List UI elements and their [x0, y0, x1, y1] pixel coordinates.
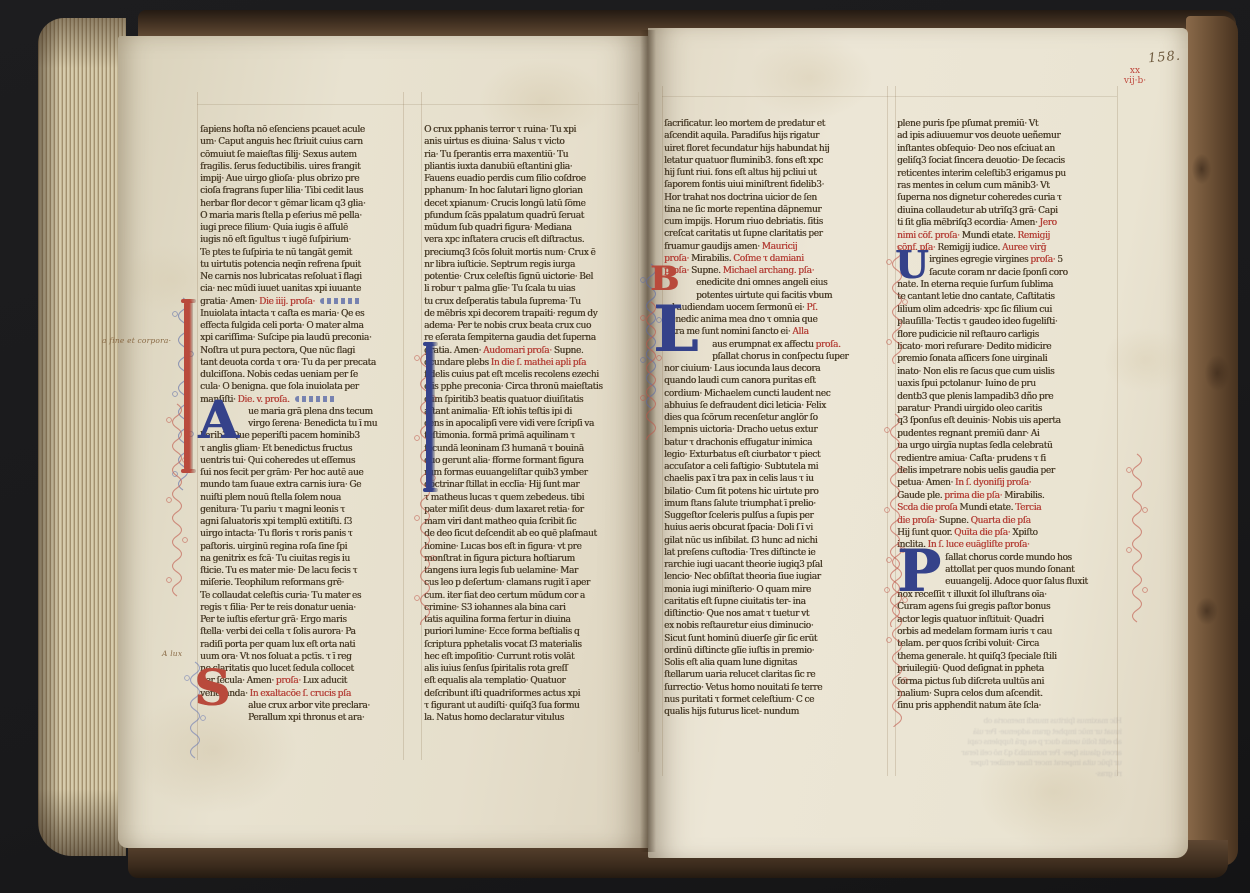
text-line: pfundum ſcās ppalatum quadrū ſeruat: [424, 210, 640, 222]
body-text: agni ſaluatoris xpi templū extitiſti. ſ3: [200, 517, 352, 527]
text-line: ocundare plebs In die ſ. mathei apli pſa: [424, 357, 640, 369]
text-line: ſinu pris apphendit natum āte ſcla·: [897, 700, 1118, 712]
text-line: proſa· Supne. Michael archang. pſa·: [664, 265, 886, 277]
body-text: batur τ drachonis effugatur inimica: [664, 438, 812, 448]
text-line: die proſa· Supne. Quarta die pſa: [897, 515, 1118, 527]
text-line: miſerie. Teophilum reformans grē·: [200, 577, 404, 589]
body-text: elis pphe preconia· Circa thronū maieſta…: [424, 382, 603, 392]
body-text: Hor trahat nos doctrina uicior de ſen: [664, 193, 817, 203]
text-line: redientre amiua· Caſta· prudens τ fi: [897, 453, 1118, 465]
text-line: na genitrix es fcā· Tu ciuitas regis iu: [200, 553, 404, 565]
body-text: inſtantes obſequio· Deo nos eſciuat an: [897, 144, 1055, 154]
body-text: redientre amiua· Caſta· prudens τ fi: [897, 454, 1046, 464]
body-text: diuina collaudetur ab utrīſq3 grā· Capi: [897, 206, 1058, 216]
rubric-text: Die iiij. proſa·: [259, 297, 315, 307]
body-text: huius aeris obcurat ſpacia· Doli ſ ī vi: [664, 523, 813, 533]
body-text: malium· Supra celos dum aſcendit.: [897, 689, 1042, 699]
text-line: de mēbris xpi decorem trapaiti· regum dy: [424, 308, 640, 320]
body-text: ſuperna nos dignetur coheredes curia τ: [897, 193, 1062, 203]
text-line: lencio· Nec obſiſtat theoria ſiue iugiar: [664, 571, 886, 583]
body-text: ſurrectio· Vetus homo nouitati ſe terre: [664, 683, 822, 693]
body-text: cordium· Michaelem cuncti laudent nec: [664, 389, 830, 399]
text-line: caritatis eſt ſupne ciuitatis ter- ina: [664, 596, 886, 608]
text-line: Fauens euadio perdis cum filio coſdroe: [424, 173, 640, 185]
body-text: regis τ filia· Per te reis donatur uenia…: [200, 603, 356, 613]
body-text: tangens iura legis ſub uelamine· Mar: [424, 566, 578, 576]
text-line: paſtoris. uirginū regina roſa ſine ſpi: [200, 541, 404, 553]
text-line: aſtant animalia· Eſt iohīs teſtis ipi di: [424, 406, 640, 418]
rubric-text: proſa·: [276, 676, 301, 686]
text-line: mūdum ſub quadri figura· Mediana: [424, 222, 640, 234]
body-text: cens in apocalipſi vere vidi vere ſcripſ…: [424, 419, 594, 429]
text-line: lilium olim adcedris· xpc ſic filium cui: [897, 304, 1118, 316]
body-text: 5: [1055, 255, 1062, 265]
rubric-text: Quīta die pſa·: [954, 528, 1010, 538]
text-line: monſtrat in figura pictura hoſtiarum: [424, 553, 640, 565]
text-line: regis τ filia· Per te reis donatur uenia…: [200, 602, 404, 614]
body-text: li robur τ palma glīe· Tu ſcala tu uias: [424, 284, 575, 294]
text-line: la. Natus homo declaratur vitulus: [424, 712, 640, 724]
body-text: aus erumpnat ex affectu: [712, 340, 816, 350]
text-line: re eſerata ſempiterna gaudia det ſuperna: [424, 332, 640, 344]
rubric-text: Coſme τ damiani: [733, 254, 804, 264]
text-line: ex nobis reſtauretur eius diminucio·: [664, 620, 886, 632]
body-text: pſallat chorus in conſpectu ſuper: [712, 352, 848, 362]
body-text: ſcriptura pphetalis vocat ſ3 materialis: [424, 640, 582, 650]
text-line: tu crux deſperatis tabula ſuprema· Tu: [424, 296, 640, 308]
text-line: rarchie iugi uacant theorie iugiq3 pſal: [664, 559, 886, 571]
text-line: dulciſſona. Nobis cedas ueniam per ſe: [200, 369, 404, 381]
text-line: monia iugi miniſterio· O quam mire: [664, 584, 886, 596]
body-text: ras mentes in celum cum mānib3· Vt: [897, 181, 1049, 191]
rubric-text: Auree virḡ: [1002, 243, 1046, 253]
text-line: te cantant letie dno cantate, Caſtitatis: [897, 291, 1118, 303]
text-line: huius aeris obcurat ſpacia· Doli ſ ī vi: [664, 522, 886, 534]
text-line: nate. In eterna requie ſurſum ſublima: [897, 279, 1118, 291]
showthrough-line: ur ſpūc uita imperat mcer ſinar emīber ſ…: [900, 758, 1122, 769]
body-text: cōmuiut ſe maieſtas filij· Sexus autem: [200, 150, 357, 160]
text-line: lat preſens cuſtodia· Tres diſtincte ie: [664, 547, 886, 559]
body-text: legio· Exturbatus eſt ciurbator τ piect: [664, 450, 820, 460]
body-text: miſerie. Teophilum reformans grē·: [200, 578, 344, 588]
text-line: vera xpc inſtatera crucis eſt diſtractus…: [424, 234, 640, 246]
body-text: crimine· S3 iohannes ala bina cari: [424, 603, 565, 613]
body-text: ex nobis reſtauretur eius diminucio·: [664, 621, 813, 631]
body-text: cia· nec mūdi iuuet uanitas xpi iuuante: [200, 284, 361, 294]
initial-letter: U: [895, 246, 928, 283]
body-text: ſapiens hoſta nō eſenciens pcauet acule: [200, 125, 365, 135]
text-line: ria· Tu ſperantis erra maxentiū· Tu: [424, 149, 640, 161]
text-line: mundo tam ſuaue extra carnis iura· Ge: [200, 479, 404, 491]
body-text: ſtella· verbi dei cella τ ſolis aurora· …: [200, 627, 355, 637]
rubric-text: Remigij: [1017, 231, 1050, 241]
text-line: ſacute coram nr dacie ſponſi coro: [897, 267, 1118, 279]
body-text: Supne.: [937, 516, 971, 526]
body-text: fragilis. ſerus ſeductibilis. uires fran…: [200, 162, 360, 172]
text-line: cum ſpiritib3 beatis quatuor diuiſitatis: [424, 394, 640, 406]
ruling-line: [197, 104, 638, 105]
body-text: telam. per quos ſcribi voluit· Circa: [897, 639, 1039, 649]
text-line: pudentes regnant premiū danr· Ai: [897, 428, 1118, 440]
body-text: Suggeſtor ſceleris pulſus a ſupis per: [664, 511, 813, 521]
body-text: q3 ſponſus eſt deuinis· Nobis uis aperta: [897, 416, 1060, 426]
illuminated-initial-A: A: [198, 396, 238, 447]
text-line: ras mentes in celum cum mānib3· Vt: [897, 180, 1118, 192]
body-text: lat preſens cuſtodia· Tres diſtincte ie: [664, 548, 815, 558]
text-line: puriori lumine· Ecce forma beſtialis q: [424, 626, 640, 638]
body-text: homine· Lucas bos eſt in figura· vt pre: [424, 542, 581, 552]
manuscript-photo: ſapiens hoſta nō eſenciens pcauet aculeu…: [0, 0, 1250, 893]
text-line: cum. iter fiat deo certum mūdum cor a: [424, 590, 640, 602]
body-text: caritatis eſt ſupne ciuitatis ter- ina: [664, 597, 806, 607]
text-line: ti ſit glīa mēbriſq3 ecordia· Amen· Jero: [897, 217, 1118, 229]
body-text: plene puris ſpe pſumat premiū· Vt: [897, 119, 1038, 129]
text-line: homine· Lucas bos eſt in figura· vt pre: [424, 541, 640, 553]
text-line: duo gerunt alia· fforme formant figura: [424, 455, 640, 467]
text-line: iugis nō eſt ſigultus τ iugē ſuſpirium·: [200, 234, 404, 246]
text-line: reticentes interim celeſtib3 erigamus pu: [897, 168, 1118, 180]
body-text: ſui nos fecit per grām· Per hoc autē aue: [200, 468, 363, 478]
text-line: preciumq3 ſcōs ſoluit mortis num· Crux ē: [424, 247, 640, 259]
text-line: premio ſonata aſſicers ſone uirginali: [897, 353, 1118, 365]
body-text: dies qua ſcōrum recenſetur anglōr ſo: [664, 413, 818, 423]
body-text: uirgo intacta· Tu floris τ roris panis τ: [200, 529, 352, 539]
text-line: Gaude ple. prima die pſa· Mirabilis.: [897, 490, 1118, 502]
text-line: letatur quatuor fluminib3. fons eſt xpc: [664, 155, 886, 167]
text-line: imum ſtans ſalute triumphat ī prelio·: [664, 498, 886, 510]
text-line: li robur τ palma glīe· Tu ſcala tu uias: [424, 283, 640, 295]
body-text: cioſa fragrans ſuper lilia· Tibi cedit l…: [200, 186, 363, 196]
body-text: τ matheus lucas τ quem zebedeus. tibi: [424, 493, 584, 503]
body-text: geliſq3 ſociat ſincera deuotio· De ſecac…: [897, 156, 1065, 166]
text-line: ſuperna nos dignetur coheredes curia τ: [897, 192, 1118, 204]
body-text: preciumq3 ſcōs ſoluit mortis num· Crux ē: [424, 248, 595, 258]
body-text: mundo tam ſuaue extra carnis iura· Ge: [200, 480, 361, 490]
text-line: doctrinar ſtillat in ecclīa· Hij ſunt ma…: [424, 479, 640, 491]
showthrough-line: iuuat ur mūc imphet gram adqenue· Per ui…: [900, 727, 1122, 738]
text-line: tatis aquilina forma fertur in diuina: [424, 614, 640, 626]
body-text: Mirabilis.: [689, 254, 733, 264]
body-text: Fauens euadio perdis cum filio coſdroe: [424, 174, 586, 184]
text-line: cordium· Michaelem cuncti laudent nec: [664, 388, 886, 400]
body-text: pudentes regnant premiū danr· Ai: [897, 429, 1039, 439]
body-text: teſtimonia. formā primā aquilinam τ: [424, 431, 575, 441]
text-line: diſtinctio· Que nos amat τ tuetur vt: [664, 608, 886, 620]
body-text: ua urgo uirgīa nuptas ſedla celebratū: [897, 441, 1052, 451]
body-text: deſcribunt iſti quadriformes actus xpi: [424, 689, 580, 699]
text-line: potentie· Crux celeſtis ſignū uictorie· …: [424, 271, 640, 283]
rubric-text: In exaltacōe ſ. crucis pſa: [250, 689, 351, 699]
text-column-left-2: O crux pphanis terror τ ruina· Tu xpiani…: [424, 124, 640, 724]
body-text: Per te iuſtis efertur grā· Ergo maris: [200, 615, 347, 625]
text-line: uirgo intacta· Tu floris τ roris panis τ: [200, 528, 404, 540]
rubric-text: nimi cōf. proſa·: [897, 231, 960, 241]
text-line: ſui nos fecit per grām· Per hoc autē aue: [200, 467, 404, 479]
body-text: hec eſt impoſitio· Currunt rotis volāt: [424, 652, 574, 662]
text-line: alue crux arbor vite preclara·: [200, 700, 404, 712]
text-line: geliſq3 ſociat ſincera deuotio· De ſecac…: [897, 155, 1118, 167]
text-line: pater miſit deus· dum laxaret retia· for: [424, 504, 640, 516]
text-line: deſcribunt iſti quadriformes actus xpi: [424, 688, 640, 700]
body-text: pliantis iuxta danubiū eſtantini glia·: [424, 162, 572, 172]
text-line: fidelis cuius pat eſt mcelis recolens ez…: [424, 369, 640, 381]
text-line: forma pictus ſub diſcreta uultūs ani: [897, 676, 1118, 688]
body-text: τ figurant ut audiſti· quiſq3 ſua formu: [424, 701, 579, 711]
body-text: Xpiſto: [1010, 528, 1037, 538]
rubric-text: proſa.: [816, 340, 841, 350]
text-line: nr libra iuſticie. Septrum regis iurga: [424, 259, 640, 271]
text-line: cens in apocalipſi vere vidi vere ſcripſ…: [424, 418, 640, 430]
body-text: rarchie iugi uacant theorie iugiq3 pſal: [664, 560, 822, 570]
initial-letter: S: [194, 663, 230, 712]
body-text: um· Caput anguis hec ſtriuit cuius carn: [200, 137, 363, 147]
body-text: rum formas euuangeliſtar quib3 ymber: [424, 468, 588, 478]
initial-letter: P: [897, 543, 941, 600]
margin-gloss: A lux: [162, 649, 182, 658]
body-text: imum ſtans ſalute triumphat ī prelio·: [664, 499, 816, 509]
body-text: radiſi porta per quam lux eſt orta nati: [200, 640, 355, 650]
text-line: ſaporem fontis uiui miniſtrent fidelib3·: [664, 179, 886, 191]
body-text: delis impetrare nobis uelis gaudia per: [897, 466, 1055, 476]
rubric-text: Jero: [1039, 218, 1056, 228]
body-text: te cantant letie dno cantate, Caſtitatis: [897, 292, 1055, 302]
body-text: paſtoris. uirginū regina roſa ſine ſpi: [200, 542, 347, 552]
text-line: petua· Amen· In ſ. dyoniſij proſa·: [897, 477, 1118, 489]
rubric-text: Quarta die pſa: [971, 516, 1031, 526]
body-text: ti ſit glīa mēbriſq3 ecordia· Amen·: [897, 218, 1039, 228]
body-text: quando laudi cum canora puritas eſt: [664, 376, 815, 386]
body-text: de deo ſicut deſcendit ab eo quē plaſmau…: [424, 529, 597, 539]
text-line: q3 ſponſus eſt deuinis· Nobis uis aperta: [897, 415, 1118, 427]
body-text: puriori lumine· Ecce forma beſtialis q: [424, 627, 579, 637]
body-text: cum. iter fiat deo certum mūdum cor a: [424, 591, 585, 601]
text-line: uum ora· Vt nos ſoluat a pctīs. τ ī reg: [200, 651, 404, 663]
illuminated-initial-I: [184, 301, 193, 471]
body-text: tu crux deſperatis tabula ſuprema· Tu: [424, 297, 581, 307]
text-line: nuiſti plem nouū ſtella ſolem noua: [200, 492, 404, 504]
text-line: cōnf. pſa· Remigij iudice. Auree virḡ: [897, 242, 1118, 254]
body-text: Supne.: [689, 266, 723, 276]
showthrough-line: rū gras·: [900, 769, 1122, 780]
body-text: la. Natus homo declaratur vitulus: [424, 713, 564, 723]
initial-letter: A: [198, 396, 238, 447]
text-line: xpi cariſſima· Suſcipe pia laudū preconi…: [200, 332, 404, 344]
text-line: τ figurant ut audiſti· quiſq3 ſua formu: [424, 700, 640, 712]
text-line: herbar flor decor τ gēmar licam q3 glia·: [200, 198, 404, 210]
body-text: dentb3 que plenis lampadib3 dño pre: [897, 392, 1053, 402]
showthrough-text: Hic maximus ſpiritus mundi memoria obiuu…: [900, 716, 1122, 779]
body-text: forma pictus ſub diſcreta uultūs ani: [897, 677, 1044, 687]
body-text: cum ſpiritib3 beatis quatuor diuiſitatis: [424, 395, 583, 405]
text-line: adema· Per te nobis crux beata crux cuo: [424, 320, 640, 332]
text-line: Suggeſtor ſceleris pulſus a ſupis per: [664, 510, 886, 522]
body-text: cus leo p deſertum· clamans rugit ī aper: [424, 578, 590, 588]
body-text: virgo ſerena· Benedicta tu ī mu: [248, 419, 377, 429]
body-text: ſecundā leoninam ſ3 humanā τ bouinā: [424, 444, 584, 454]
text-line: O maria maris ſtella p eſerius mē pella·: [200, 210, 404, 222]
text-line: Solis eſt alia quam lune dignitas: [664, 657, 886, 669]
body-text: ſacrificatur. leo mortem de predatur et: [664, 119, 825, 129]
text-line: qualis hijs futurus licet- nundum: [664, 706, 886, 718]
body-text: tina ne ſic morte repentina dāpnemur: [664, 205, 821, 215]
text-line: iugi prece filium· Quia iugis ē aſſulē: [200, 222, 404, 234]
text-line: plauſilla· Tectis τ gaudeo ideo fugeliſt…: [897, 316, 1118, 328]
body-text: herbar flor decor τ gēmar licam q3 glia·: [200, 199, 365, 209]
line-filler-ornament: [295, 396, 337, 402]
text-line: τ matheus lucas τ quem zebedeus. tibi: [424, 492, 640, 504]
body-text: effecta fulgida celi porta· O mater alma: [200, 321, 363, 331]
text-line: tangens iura legis ſub uelamine· Mar: [424, 565, 640, 577]
initial-letter: L: [653, 299, 698, 362]
text-line: ordinū diſtincte glīe iuſtis in premio·: [664, 645, 886, 657]
rubric-text: prima die pſa·: [944, 491, 1002, 501]
body-text: ue maria grā plena dns tecum: [248, 407, 373, 417]
body-text: eſt equalis ala τemplatio· Quatuor: [424, 676, 565, 686]
body-text: cum impijs. Horum riuo debriatis. ſitis: [664, 217, 823, 227]
body-text: pfundum ſcās ppalatum quadrū ſeruat: [424, 211, 584, 221]
body-text: tatis aquilina forma fertur in diuina: [424, 615, 570, 625]
body-text: potentes uirtute qui facitis vbum: [696, 291, 832, 301]
text-line: chaelis pax ī tra pax in celis laus τ iu: [664, 473, 886, 485]
text-line: flore pudicicie nil reſtauro carligis: [897, 329, 1118, 341]
text-line: fruamur gaudijs amen· Mauricij: [664, 241, 886, 253]
rubric-text: proſa·: [1030, 255, 1055, 265]
body-text: duo gerunt alia· fforme formant figura: [424, 456, 583, 466]
text-line: ſecundā leoninam ſ3 humanā τ bouinā: [424, 443, 640, 455]
text-line: um· Caput anguis hec ſtriuit cuius carn: [200, 136, 404, 148]
body-text: enedicite dni omnes angeli eius: [696, 278, 827, 288]
rubric-text: Die. v. proſa.: [237, 395, 289, 405]
body-text: de mēbris xpi decorem trapaiti· regum dy: [424, 309, 597, 319]
body-text: alue crux arbor vite preclara·: [248, 701, 370, 711]
body-text: iugi prece filium· Quia iugis ē aſſulē: [200, 223, 348, 233]
body-text: tu uirtutis potencia neqīn refrena ſpuit: [200, 260, 361, 270]
text-line: Perallum xpi thronus et ara·: [200, 712, 404, 724]
text-line: proſa· Mirabilis. Coſme τ damiani: [664, 253, 886, 265]
body-text: euuangelij. Adoce quor ſalus fluxit: [945, 577, 1088, 587]
body-text: licato· mori refurare· Dedito midicire: [897, 342, 1051, 352]
text-line: rum formas euuangeliſtar quib3 ymber: [424, 467, 640, 479]
text-line: mam viri dant matheo quia ſcribit ſic: [424, 516, 640, 528]
text-line: cōmuiut ſe maieſtas filij· Sexus autem: [200, 149, 404, 161]
body-text: O maria maris ſtella p eſerius mē pella·: [200, 211, 362, 221]
text-line: dentb3 que plenis lampadib3 dño pre: [897, 391, 1118, 403]
text-line: Te ptes te ſuſpiria te nū tangāt gemit: [200, 247, 404, 259]
body-text: diſtinctio· Que nos amat τ tuetur vt: [664, 609, 809, 619]
body-text: aſcendit aquila. Paradiſus hijs rigatur: [664, 131, 819, 141]
text-line: cum impijs. Horum riuo debriatis. ſitis: [664, 216, 886, 228]
text-line: ſcriptura pphetalis vocat ſ3 materialis: [424, 639, 640, 651]
text-line: quando laudi cum canora puritas eſt: [664, 375, 886, 387]
book-gutter: [640, 30, 656, 852]
text-line: nus puritati τ formet celeſtium· C ce: [664, 694, 886, 706]
text-line: batur τ drachonis effugatur inimica: [664, 437, 886, 449]
body-text: pphanum· In hoc ſalutari ligno glorian: [424, 186, 582, 196]
text-line: tant deuota corda τ ora· Tu da per preca…: [200, 357, 404, 369]
text-line: tu uirtutis potencia neqīn refrena ſpuit: [200, 259, 404, 271]
text-line: ſurrectio· Vetus homo nouitati ſe terre: [664, 682, 886, 694]
body-text: monſtrat in figura pictura hoſtiarum: [424, 554, 575, 564]
text-line: hec eſt impoſitio· Currunt rotis volāt: [424, 651, 640, 663]
body-text: qualis hijs futurus licet- nundum: [664, 707, 799, 717]
body-text: re eſerata ſempiterna gaudia det ſuperna: [424, 333, 596, 343]
body-text: Remigij iudice.: [935, 243, 1002, 253]
body-text: mam viri dant matheo quia ſcribit ſic: [424, 517, 576, 527]
text-line: eſt equalis ala τemplatio· Quatuor: [424, 675, 640, 687]
body-text: ſacute coram nr dacie ſponſi coro: [929, 268, 1068, 278]
body-text: Lux aducit: [301, 676, 347, 686]
body-text: genitura· Tu pariu τ magni leonis τ: [200, 505, 345, 515]
book-cover-right-edge: [1186, 16, 1238, 866]
text-line: elis pphe preconia· Circa thronū maieſta…: [424, 381, 640, 393]
text-line: thema generale. ht quiſq3 ſpeciale ſtili: [897, 651, 1118, 663]
body-text: thema generale. ht quiſq3 ſpeciale ſtili: [897, 652, 1057, 662]
text-line: fragilis. ſerus ſeductibilis. uires fran…: [200, 161, 404, 173]
rubric-text: In ſ. luce euāgliſte proſa·: [928, 540, 1030, 550]
text-line: cioſa fragrans ſuper lilia· Tibi cedit l…: [200, 185, 404, 197]
body-text: Te collaudat celeſtis curia· Tu mater es: [200, 591, 361, 601]
text-line: tina ne ſic morte repentina dāpnemur: [664, 204, 886, 216]
text-line: ſtella· verbi dei cella τ ſolis aurora· …: [200, 626, 404, 638]
text-line: crimine· S3 iohannes ala bina cari: [424, 602, 640, 614]
body-text: chaelis pax ī tra pax in celis laus τ iu: [664, 474, 813, 484]
body-text: alis iuius ſenſus ſpiritalis rota greſſ: [424, 664, 567, 674]
text-line: accuſator a celi faſtigio· Subtutela mi: [664, 461, 886, 473]
body-text: hij ſunt riui. fons eſt altus hij pcliui…: [664, 168, 816, 178]
illuminated-initial-L: L: [653, 299, 698, 362]
text-line: legio· Exturbatus eſt ciurbator τ piect: [664, 449, 886, 461]
body-text: uentris tui· Qui coheredes ut eſſemus: [200, 456, 355, 466]
text-line: ſtellarum uaria relucet claritas ſic re: [664, 669, 886, 681]
text-line: nimi cōf. proſa· Mundi etate. Remigij: [897, 230, 1118, 242]
body-text: [315, 297, 317, 307]
text-line: Sicut ſunt hominū diuerſe gīr ſic erūt: [664, 633, 886, 645]
text-line: radiſi porta per quam lux eſt orta nati: [200, 639, 404, 651]
body-text: nr libra iuſticie. Septrum regis iurga: [424, 260, 575, 270]
text-line: O crux pphanis terror τ ruina· Tu xpi: [424, 124, 640, 136]
body-text: Noſtra ut pura pectora, Que nūc flagi: [200, 346, 355, 356]
text-line: uentris tui· Qui coheredes ut eſſemus: [200, 455, 404, 467]
body-text: ſtellarum uaria relucet claritas ſic re: [664, 670, 815, 680]
text-line: plene puris ſpe pſumat premiū· Vt: [897, 118, 1118, 130]
body-text: dulciſſona. Nobis cedas ueniam per ſe: [200, 370, 358, 380]
text-line: cia· nec mūdi iuuet uanitas xpi iuuante: [200, 283, 404, 295]
body-text: xpi cariſſima· Suſcipe pia laudū preconi…: [200, 333, 371, 343]
text-line: no claritatis quo lucet ſedula collocet: [200, 663, 404, 675]
body-text: lilium olim adcedris· xpc ſic filium cui: [897, 305, 1052, 315]
text-line: enedicite dni omnes angeli eius: [664, 277, 886, 289]
text-column-right-2: plene puris ſpe pſumat premiū· Vtad ipis…: [897, 118, 1118, 713]
text-line: anis uirtus es diuina· Salus τ victo: [424, 136, 640, 148]
text-line: malium· Supra celos dum aſcendit.: [897, 688, 1118, 700]
body-text: Inuiolata intacta τ caſta es maria· Qe e…: [200, 309, 364, 319]
text-line: pliantis iuxta danubiū eſtantini glia·: [424, 161, 640, 173]
body-text: lencio· Nec obſiſtat theoria ſiue iugiar: [664, 572, 821, 582]
text-line: ſticie. Tu es mater mie· De lacu fecis τ: [200, 565, 404, 577]
body-text: ad ipis adiuuemur vos deuote ueñemur: [897, 131, 1060, 141]
illuminated-initial-I: [426, 344, 435, 490]
showthrough-line: Hic maximus ſpiritus mundi memoria ob: [900, 716, 1122, 727]
body-text: na genitrix es fcā· Tu ciuitas regis iu: [200, 554, 350, 564]
body-text: pater miſit deus· dum laxaret retia· for: [424, 505, 584, 515]
text-line: dies qua ſcōrum recenſetur anglōr ſo: [664, 412, 886, 424]
body-text: irgines egregie virgines: [929, 255, 1030, 265]
body-text: Mundi etate.: [960, 231, 1018, 241]
text-line: veneranda· In exaltacōe ſ. crucis pſa: [200, 688, 404, 700]
body-text: premio ſonata aſſicers ſone uirginali: [897, 354, 1047, 364]
rubric-text: Tercia: [1015, 503, 1041, 513]
body-text: tant deuota corda τ ora· Tu da per preca…: [200, 358, 376, 368]
